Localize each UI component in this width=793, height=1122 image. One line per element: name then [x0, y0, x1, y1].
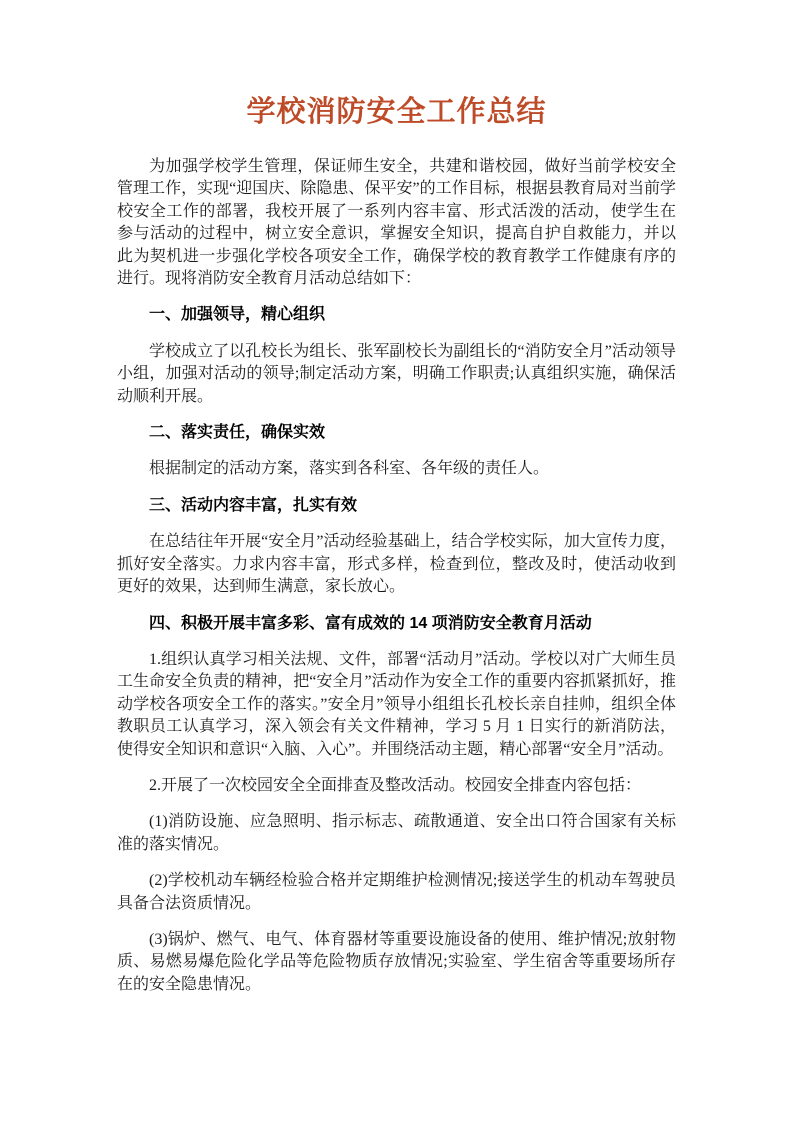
section-heading-2: 二、落实责任，确保实效	[117, 422, 676, 444]
section-4-item-1: 1.组织认真学习相关法规、文件，部署“活动月”活动。学校以对广大师生员工生命安全…	[117, 649, 676, 761]
section-3-paragraph: 在总结往年开展“安全月”活动经验基础上，结合学校实际，加大宣传力度，抓好安全落实…	[117, 531, 676, 598]
section-4-item-2-sub-3: (3)锅炉、燃气、电气、体育器材等重要设施设备的使用、维护情况;放射物质、易燃易…	[117, 929, 676, 996]
section-2-paragraph: 根据制定的活动方案，落实到各科室、各年级的责任人。	[117, 458, 676, 480]
section-4-item-2-sub-2: (2)学校机动车辆经检验合格并定期维护检测情况;接送学生的机动车驾驶员具备合法资…	[117, 870, 676, 915]
document-title: 学校消防安全工作总结	[117, 92, 676, 132]
intro-paragraph: 为加强学校学生管理，保证师生安全，共建和谐校园，做好当前学校安全管理工作，实现“…	[117, 156, 676, 290]
section-4-item-2: 2.开展了一次校园安全全面排查及整改活动。校园安全排查内容包括：	[117, 775, 676, 797]
section-heading-3: 三、活动内容丰富，扎实有效	[117, 495, 676, 517]
section-1-paragraph: 学校成立了以孔校长为组长、张军副校长为副组长的“消防安全月”活动领导小组，加强对…	[117, 341, 676, 408]
section-4-item-2-sub-1: (1)消防设施、应急照明、指示标志、疏散通道、安全出口符合国家有关标准的落实情况…	[117, 811, 676, 856]
section-heading-1: 一、加强领导，精心组织	[117, 304, 676, 326]
section-heading-4: 四、积极开展丰富多彩、富有成效的 14 项消防安全教育月活动	[117, 613, 676, 635]
document-page: 学校消防安全工作总结 为加强学校学生管理，保证师生安全，共建和谐校园，做好当前学…	[0, 0, 793, 1122]
